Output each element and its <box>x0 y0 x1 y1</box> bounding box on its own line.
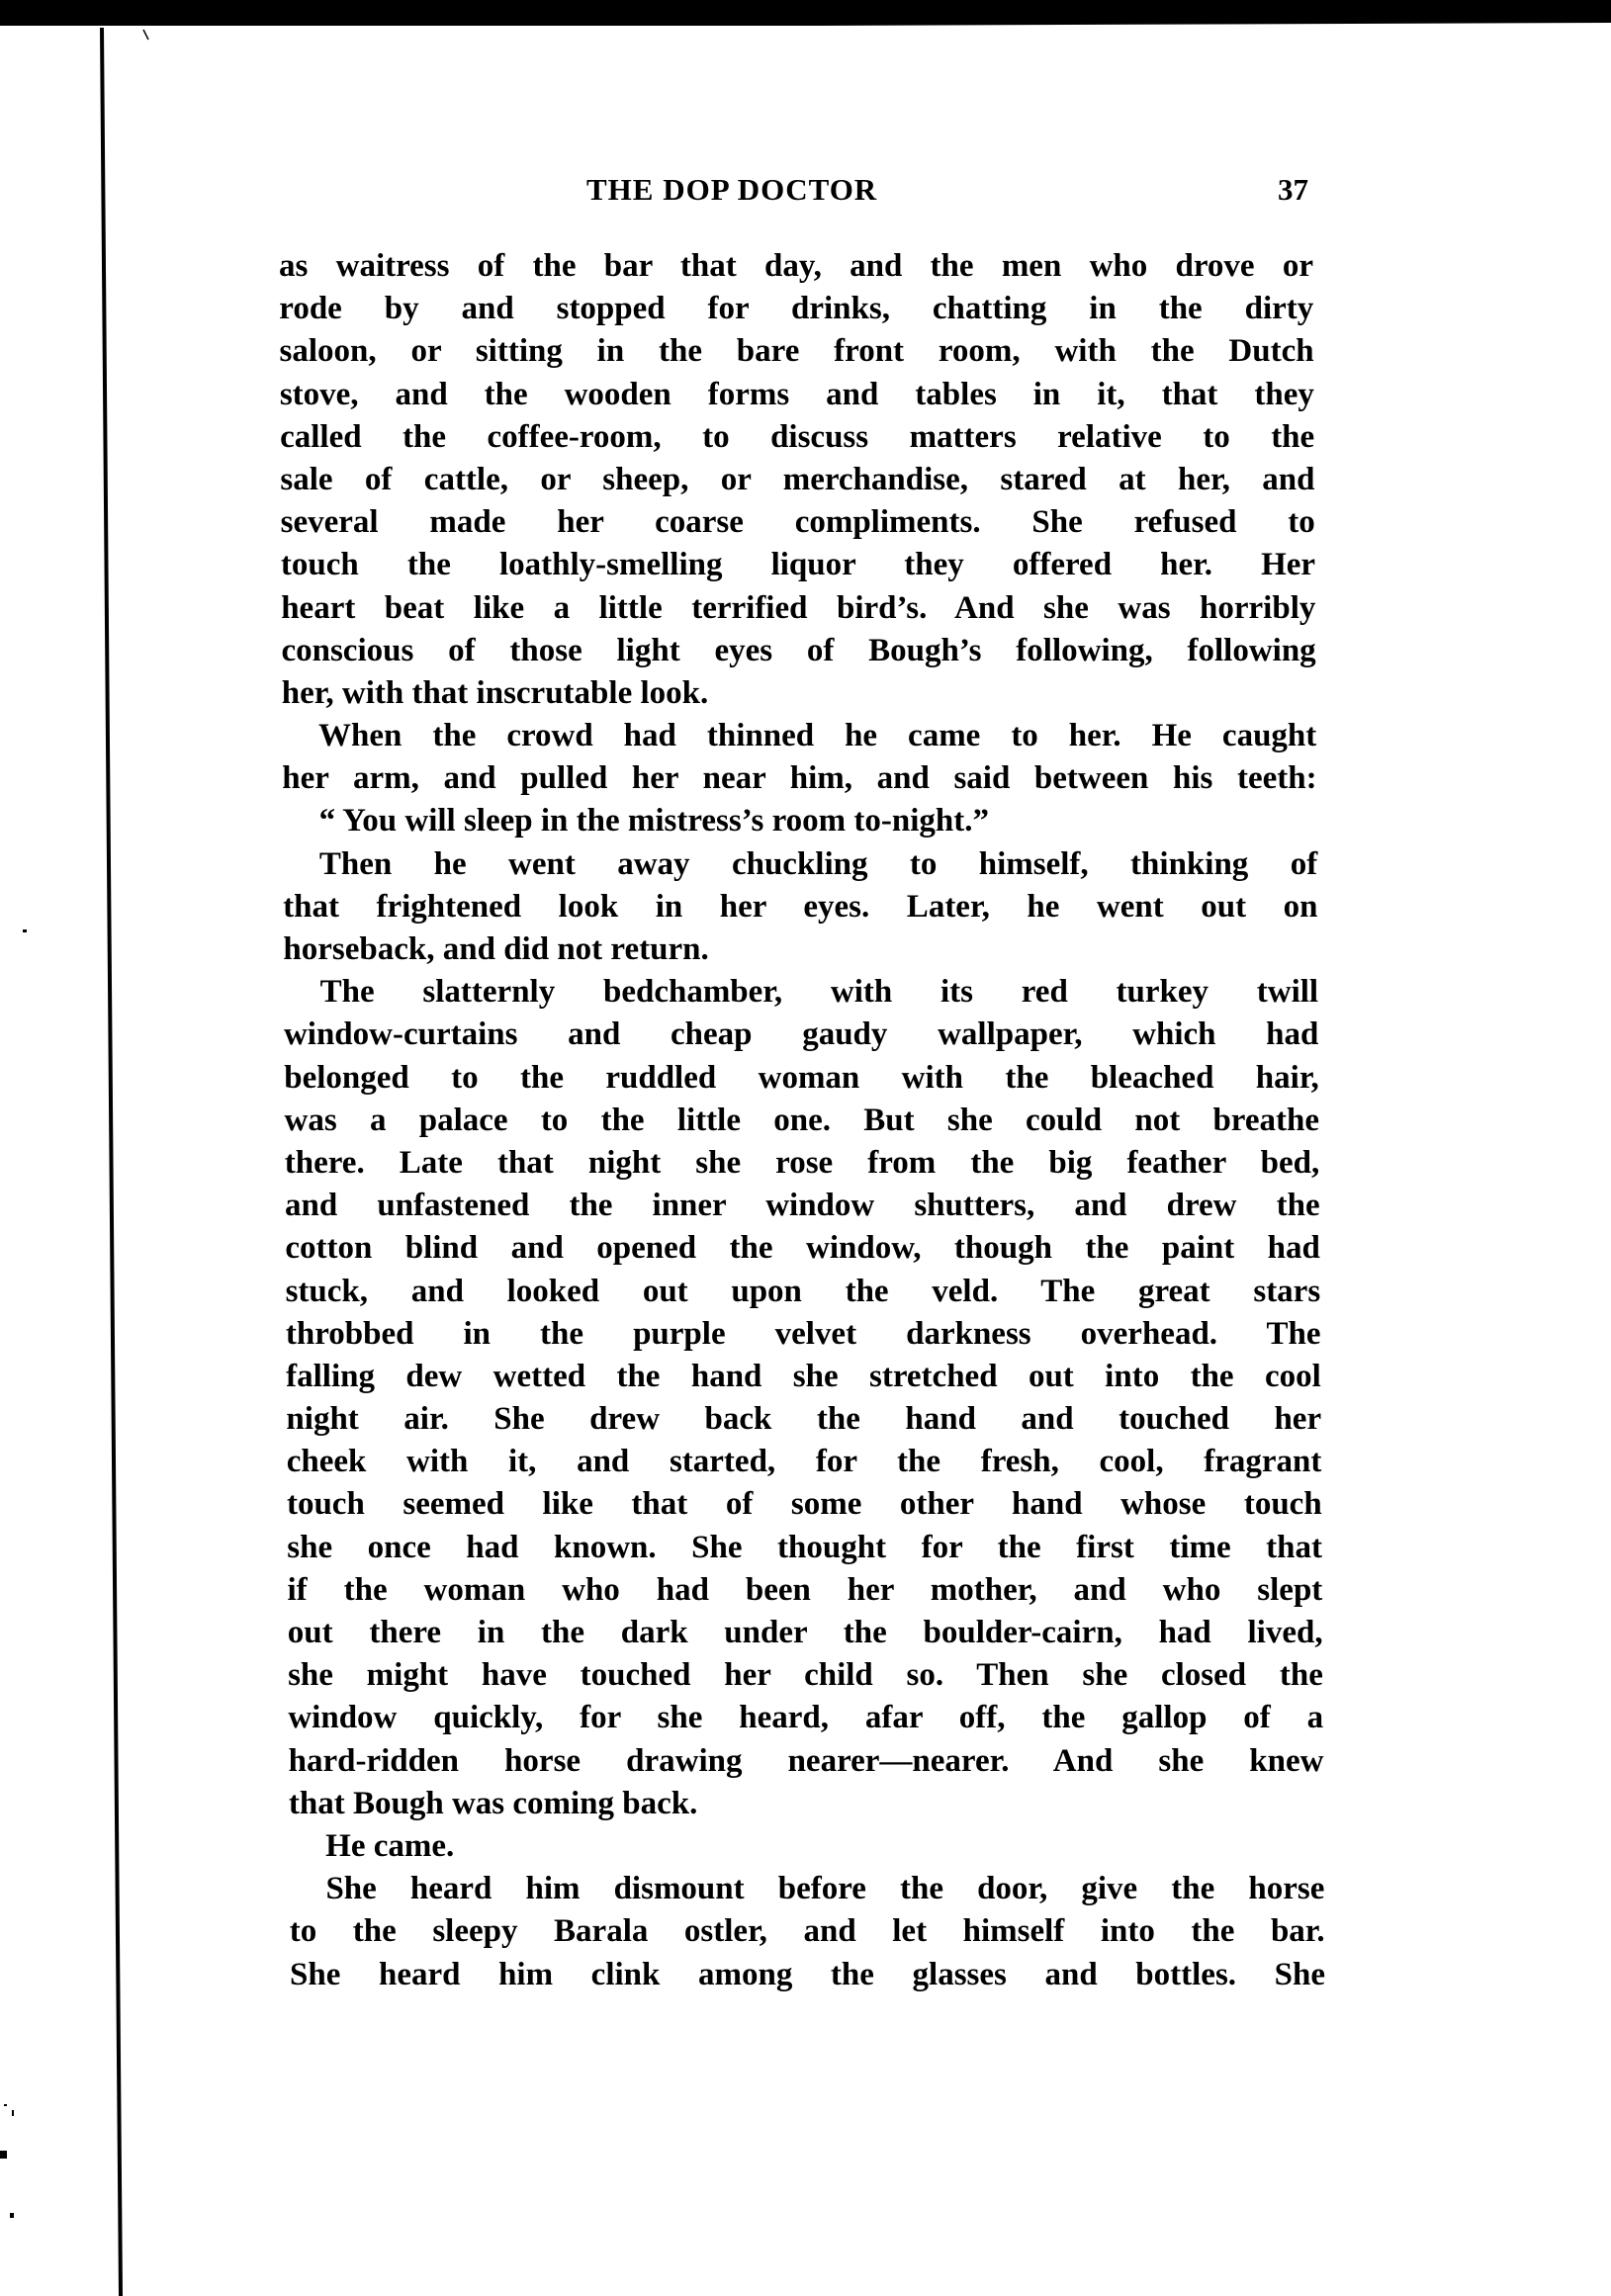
scan-top-border <box>0 0 1611 26</box>
text-line: touch the loathly-smelling liquor they o… <box>281 544 1315 586</box>
text-line: stuck, and looked out upon the veld. The… <box>286 1271 1321 1313</box>
text-line: she once had known. She thought for the … <box>287 1527 1322 1569</box>
text-line: several made her coarse compliments. She… <box>281 501 1315 544</box>
text-line: and unfastened the inner window shutters… <box>285 1185 1320 1227</box>
scan-speck <box>4 2104 7 2106</box>
text-line: He came. <box>289 1825 1324 1868</box>
text-line: as waitress of the bar that day, and the… <box>279 245 1313 288</box>
text-line: hard-ridden horse drawing nearer—nearer.… <box>289 1740 1324 1783</box>
text-line: She heard him dismount before the door, … <box>289 1868 1324 1910</box>
text-line: her arm, and pulled her near him, and sa… <box>282 757 1316 800</box>
text-line: was a palace to the little one. But she … <box>285 1100 1320 1142</box>
text-line: Then he went away chuckling to himself, … <box>283 843 1317 886</box>
text-line: out there in the dark under the boulder-… <box>288 1612 1323 1654</box>
text-line: cotton blind and opened the window, thou… <box>285 1227 1320 1270</box>
text-line: horseback, and did not return. <box>283 928 1317 971</box>
text-line: belonged to the ruddled woman with the b… <box>284 1057 1318 1100</box>
page-number: 37 <box>1278 170 1308 210</box>
scan-speck <box>10 2213 14 2218</box>
text-line: cheek with it, and started, for the fres… <box>287 1441 1322 1483</box>
text-line: that frightened look in her eyes. Later,… <box>283 886 1317 928</box>
text-line: throbbed in the purple velvet darkness o… <box>286 1313 1321 1356</box>
text-line: falling dew wetted the hand she stretche… <box>286 1356 1321 1398</box>
text-line: her, with that inscrutable look. <box>282 672 1316 715</box>
text-line: she might have touched her child so. The… <box>288 1654 1323 1697</box>
text-line: that Bough was coming back. <box>289 1783 1324 1825</box>
text-line: conscious of those light eyes of Bough’s… <box>281 630 1315 672</box>
text-line: night air. She drew back the hand and to… <box>286 1398 1321 1441</box>
page-body-text: as waitress of the bar that day, and the… <box>0 245 1611 1996</box>
text-line: there. Late that night she rose from the… <box>285 1142 1320 1185</box>
text-line: sale of cattle, or sheep, or merchandise… <box>280 459 1314 501</box>
text-line: to the sleepy Barala ostler, and let him… <box>290 1910 1325 1953</box>
text-line: When the crowd had thinned he came to he… <box>282 715 1316 757</box>
running-title: THE DOP DOCTOR <box>586 170 877 210</box>
text-line: “ You will sleep in the mistress’s room … <box>283 800 1317 842</box>
text-line: stove, and the wooden forms and tables i… <box>280 374 1314 416</box>
text-line: The slatternly bedchamber, with its red … <box>284 971 1318 1014</box>
text-line: window-curtains and cheap gaudy wallpape… <box>284 1014 1318 1056</box>
text-line: called the coffee-room, to discuss matte… <box>280 416 1314 459</box>
text-line: rode by and stopped for drinks, chatting… <box>279 288 1313 330</box>
text-line: if the woman who had been her mother, an… <box>288 1569 1323 1612</box>
text-line: touch seemed like that of some other han… <box>287 1483 1322 1526</box>
text-line: heart beat like a little terrified bird’… <box>281 587 1315 630</box>
text-line: window quickly, for she heard, afar off,… <box>288 1697 1323 1739</box>
scan-speck <box>12 2110 14 2116</box>
text-line: She heard him clink among the glasses an… <box>290 1954 1325 1996</box>
text-line: saloon, or sitting in the bare front roo… <box>280 330 1314 373</box>
scan-speck <box>0 2151 7 2159</box>
